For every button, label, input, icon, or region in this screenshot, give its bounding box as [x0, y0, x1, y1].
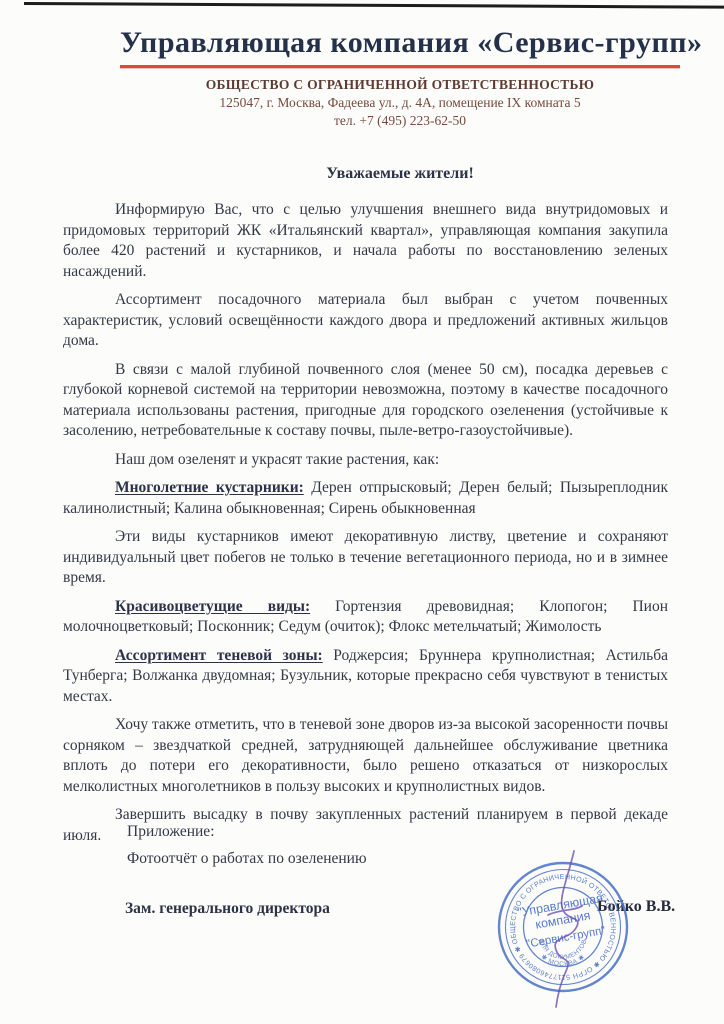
letterhead: Управляющая компания «Сервис-групп» ОБЩЕ…: [120, 26, 680, 129]
paragraph: В связи с малой глубиной почвенного слоя…: [63, 360, 668, 442]
paragraph-lead: Ассортимент теневой зоны:: [115, 647, 323, 664]
paragraph-text: Хочу также отметить, что в теневой зоне …: [63, 716, 668, 795]
attachment-label: Приложение:: [127, 818, 367, 845]
salutation: Уважаемые жители!: [120, 165, 680, 183]
company-stamp: ОБЩЕСТВО С ОГРАНИЧЕННОЙ ОТВЕТСТВЕННОСТЬЮ…: [490, 849, 640, 1011]
paragraph: Наш дом озеленят и украсят такие растени…: [63, 450, 668, 471]
paragraph: Ассортимент теневой зоны: Роджерсия; Бру…: [63, 646, 668, 708]
paragraph-text: В связи с малой глубиной почвенного слоя…: [63, 361, 668, 440]
paragraph-text: Ассортимент посадочного материала был вы…: [63, 291, 668, 349]
stamp-center-text: "Управляющая компания "Сервис-групп": [517, 891, 610, 951]
paragraph-lead: Красивоцветущие виды:: [115, 598, 310, 615]
org-type-line: ОБЩЕСТВО С ОГРАНИЧЕННОЙ ОТВЕТСТВЕННОСТЬЮ: [120, 77, 680, 93]
paragraph-text: Наш дом озеленят и украсят такие растени…: [115, 451, 439, 468]
attachment-block: Приложение: Фотоотчёт о работах по озеле…: [127, 818, 367, 872]
stamp-graphic: ОБЩЕСТВО С ОГРАНИЧЕННОЙ ОТВЕТСТВЕННОСТЬЮ…: [490, 849, 640, 1011]
attachment-item: Фотоотчёт о работах по озеленению: [127, 845, 367, 872]
phone-line: тел. +7 (495) 223-62-50: [120, 113, 680, 129]
address-line: 125047, г. Москва, Фадеева ул., д. 4А, п…: [120, 95, 680, 111]
paragraph: Ассортимент посадочного материала был вы…: [63, 290, 668, 352]
scan-edge-line: [24, 2, 724, 9]
signature-position: Зам. генерального директора: [125, 900, 330, 918]
letter-body: Информирую Вас, что с целью улучшения вн…: [63, 200, 668, 846]
paragraph-text: Эти виды кустарников имеют декоративную …: [63, 528, 668, 586]
paragraph: Информирую Вас, что с целью улучшения вн…: [63, 200, 668, 282]
company-title: Управляющая компания «Сервис-групп»: [120, 26, 680, 60]
paragraph-text: Информирую Вас, что с целью улучшения вн…: [63, 201, 668, 280]
paragraph: Красивоцветущие виды: Гортензия древовид…: [63, 597, 668, 638]
paragraph: Эти виды кустарников имеют декоративную …: [63, 527, 668, 589]
paragraph-lead: Многолетние кустарники:: [115, 479, 304, 496]
paragraph: Хочу также отметить, что в теневой зоне …: [63, 715, 668, 797]
header-rule: [120, 65, 680, 68]
paragraph: Многолетние кустарники: Дерен отпрысковы…: [63, 478, 668, 519]
letter-page: Управляющая компания «Сервис-групп» ОБЩЕ…: [0, 0, 724, 1024]
